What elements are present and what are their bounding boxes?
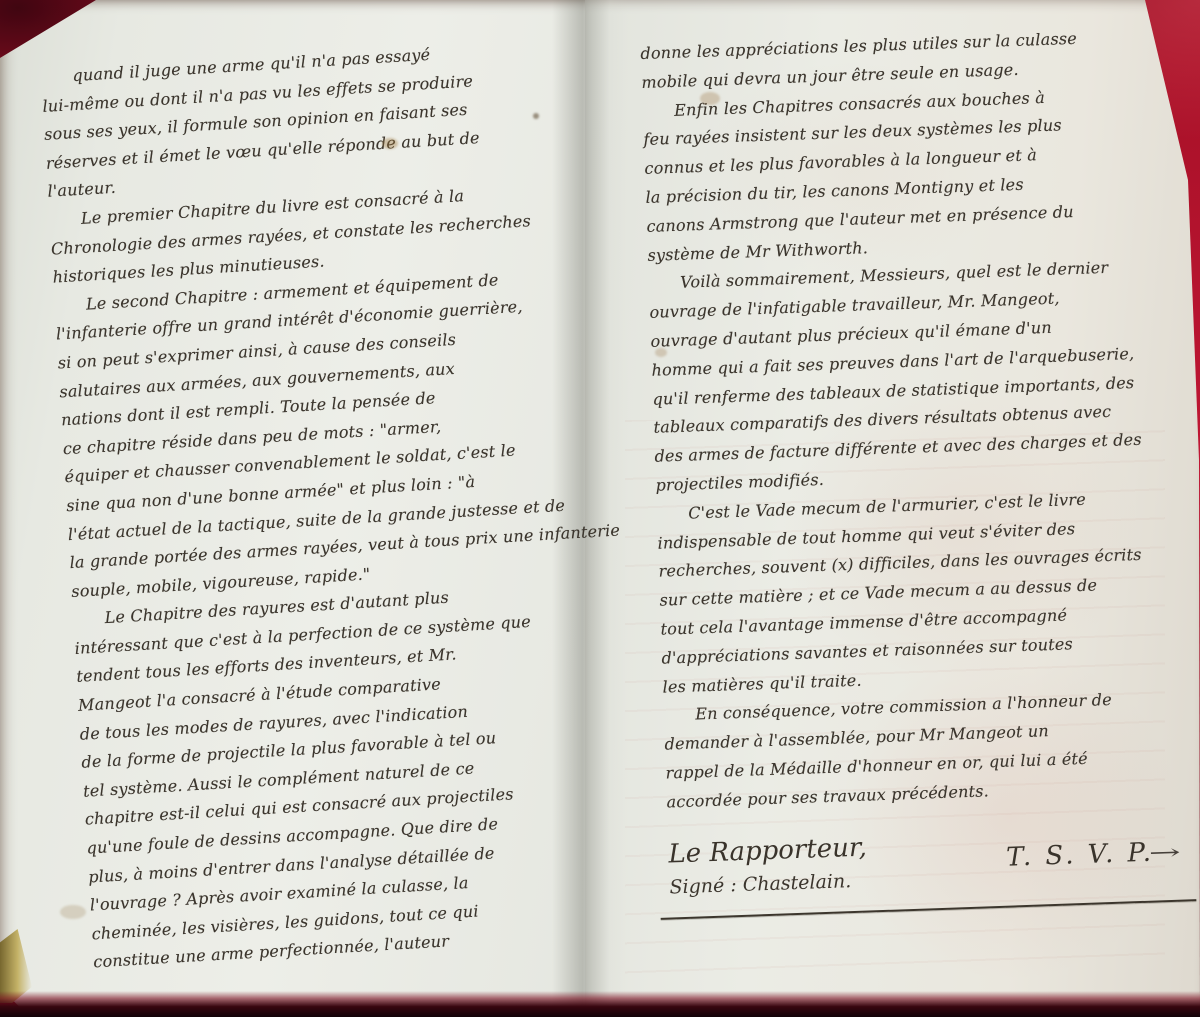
signature-name: Signé : Chastelain.: [669, 868, 868, 899]
tsvp-mark: T. S. V. P. →: [1006, 836, 1178, 872]
flourish-arrow-icon: →: [1148, 836, 1187, 867]
open-book: quand il juge une arme qu'il n'a pas ess…: [0, 0, 1200, 1017]
right-page-lines: donne les appréciations les plus utiles …: [640, 22, 1182, 817]
signature-block: Le Rapporteur, Signé : Chastelain. T. S.…: [668, 821, 1185, 899]
tsvp-text: T. S. V. P.: [1006, 837, 1155, 872]
signature-role: Le Rapporteur,: [668, 832, 867, 869]
signature-left: Le Rapporteur, Signé : Chastelain.: [668, 832, 868, 899]
right-page-text: donne les appréciations les plus utiles …: [640, 22, 1185, 919]
left-page-text: quand il juge une arme qu'il n'a pas ess…: [40, 32, 628, 977]
